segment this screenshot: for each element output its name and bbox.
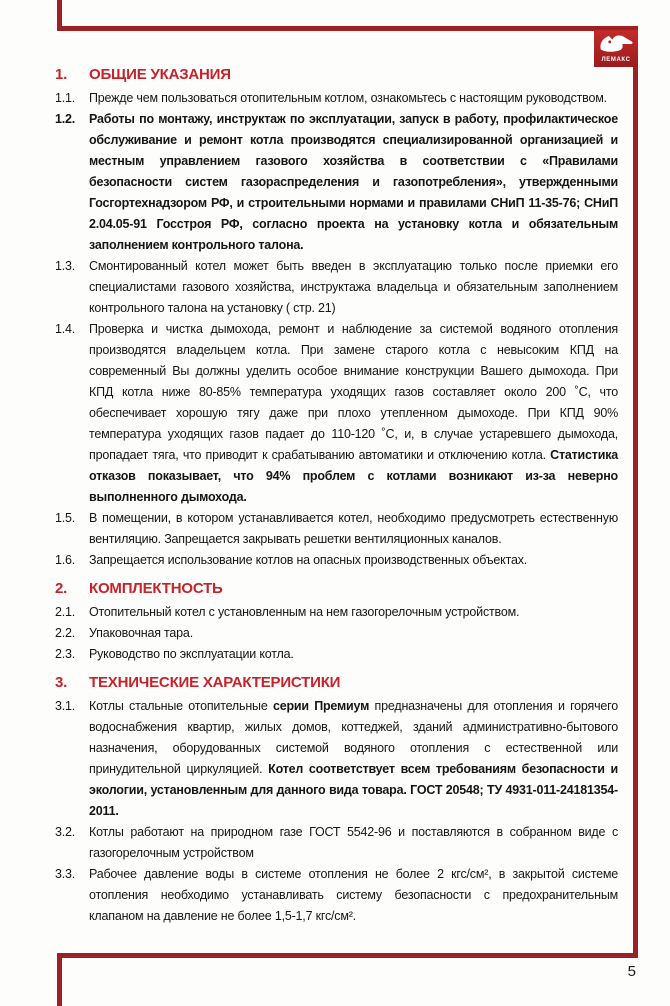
- section-heading: 3.ТЕХНИЧЕСКИЕ ХАРАКТЕРИСТИКИ: [55, 672, 618, 694]
- item-number: 1.6.: [55, 550, 89, 571]
- list-item: 1.5.В помещении, в котором устанавливает…: [55, 508, 618, 550]
- section-number: 2.: [55, 578, 89, 600]
- content: 1.ОБЩИЕ УКАЗАНИЯ1.1.Прежде чем пользоват…: [55, 64, 618, 927]
- list-item: 1.4.Проверка и чистка дымохода, ремонт и…: [55, 319, 618, 508]
- section-title: ОБЩИЕ УКАЗАНИЯ: [89, 64, 231, 86]
- item-text: Проверка и чистка дымохода, ремонт и наб…: [89, 319, 618, 508]
- lemax-animal-head-icon: [598, 33, 634, 55]
- section-number: 3.: [55, 672, 89, 694]
- item-number: 2.1.: [55, 602, 89, 623]
- item-number: 2.3.: [55, 644, 89, 665]
- list-item: 1.3.Смонтированный котел может быть введ…: [55, 256, 618, 319]
- list-item: 2.2.Упаковочная тара.: [55, 623, 618, 644]
- item-number: 1.1.: [55, 88, 89, 109]
- item-text: Запрещается использование котлов на опас…: [89, 550, 618, 571]
- item-number: 3.3.: [55, 864, 89, 927]
- item-number: 1.4.: [55, 319, 89, 508]
- section-heading: 1.ОБЩИЕ УКАЗАНИЯ: [55, 64, 618, 86]
- item-number: 1.3.: [55, 256, 89, 319]
- list-item: 3.3.Рабочее давление воды в системе отоп…: [55, 864, 618, 927]
- list-item: 3.1.Котлы стальные отопительные серии Пр…: [55, 696, 618, 822]
- item-number: 1.2.: [55, 109, 89, 256]
- item-text: Смонтированный котел может быть введен в…: [89, 256, 618, 319]
- frame-left-bottom-stub: [57, 953, 62, 1006]
- list-item: 1.2.Работы по монтажу, инструктаж по экс…: [55, 109, 618, 256]
- section-heading: 2.КОМПЛЕКТНОСТЬ: [55, 578, 618, 600]
- item-text: Работы по монтажу, инструктаж по эксплуа…: [89, 109, 618, 256]
- list-item: 2.1.Отопительный котел с установленным н…: [55, 602, 618, 623]
- lemax-logo: ЛЕМАКС: [594, 30, 638, 67]
- list-item: 3.2.Котлы работают на природном газе ГОС…: [55, 822, 618, 864]
- list-item: 1.6.Запрещается использование котлов на …: [55, 550, 618, 571]
- list-item: 2.3.Руководство по эксплуатации котла.: [55, 644, 618, 665]
- section-title: ТЕХНИЧЕСКИЕ ХАРАКТЕРИСТИКИ: [89, 672, 340, 694]
- lemax-logo-wordmark: ЛЕМАКС: [601, 56, 630, 64]
- item-text: Прежде чем пользоваться отопительным кот…: [89, 88, 618, 109]
- page-number: 5: [628, 962, 636, 982]
- item-text: Котлы стальные отопительные серии Премиу…: [89, 696, 618, 822]
- section-title: КОМПЛЕКТНОСТЬ: [89, 578, 223, 600]
- item-text: В помещении, в котором устанавливается к…: [89, 508, 618, 550]
- item-text: Отопительный котел с установленным на не…: [89, 602, 618, 623]
- item-text: Упаковочная тара.: [89, 623, 618, 644]
- section-number: 1.: [55, 64, 89, 86]
- item-text: Рабочее давление воды в системе отоплени…: [89, 864, 618, 927]
- list-item: 1.1.Прежде чем пользоваться отопительным…: [55, 88, 618, 109]
- item-number: 2.2.: [55, 623, 89, 644]
- item-text: Руководство по эксплуатации котла.: [89, 644, 618, 665]
- item-number: 1.5.: [55, 508, 89, 550]
- item-text: Котлы работают на природном газе ГОСТ 55…: [89, 822, 618, 864]
- item-number: 3.2.: [55, 822, 89, 864]
- item-number: 3.1.: [55, 696, 89, 822]
- frame-left-top-stub: [57, 0, 62, 27]
